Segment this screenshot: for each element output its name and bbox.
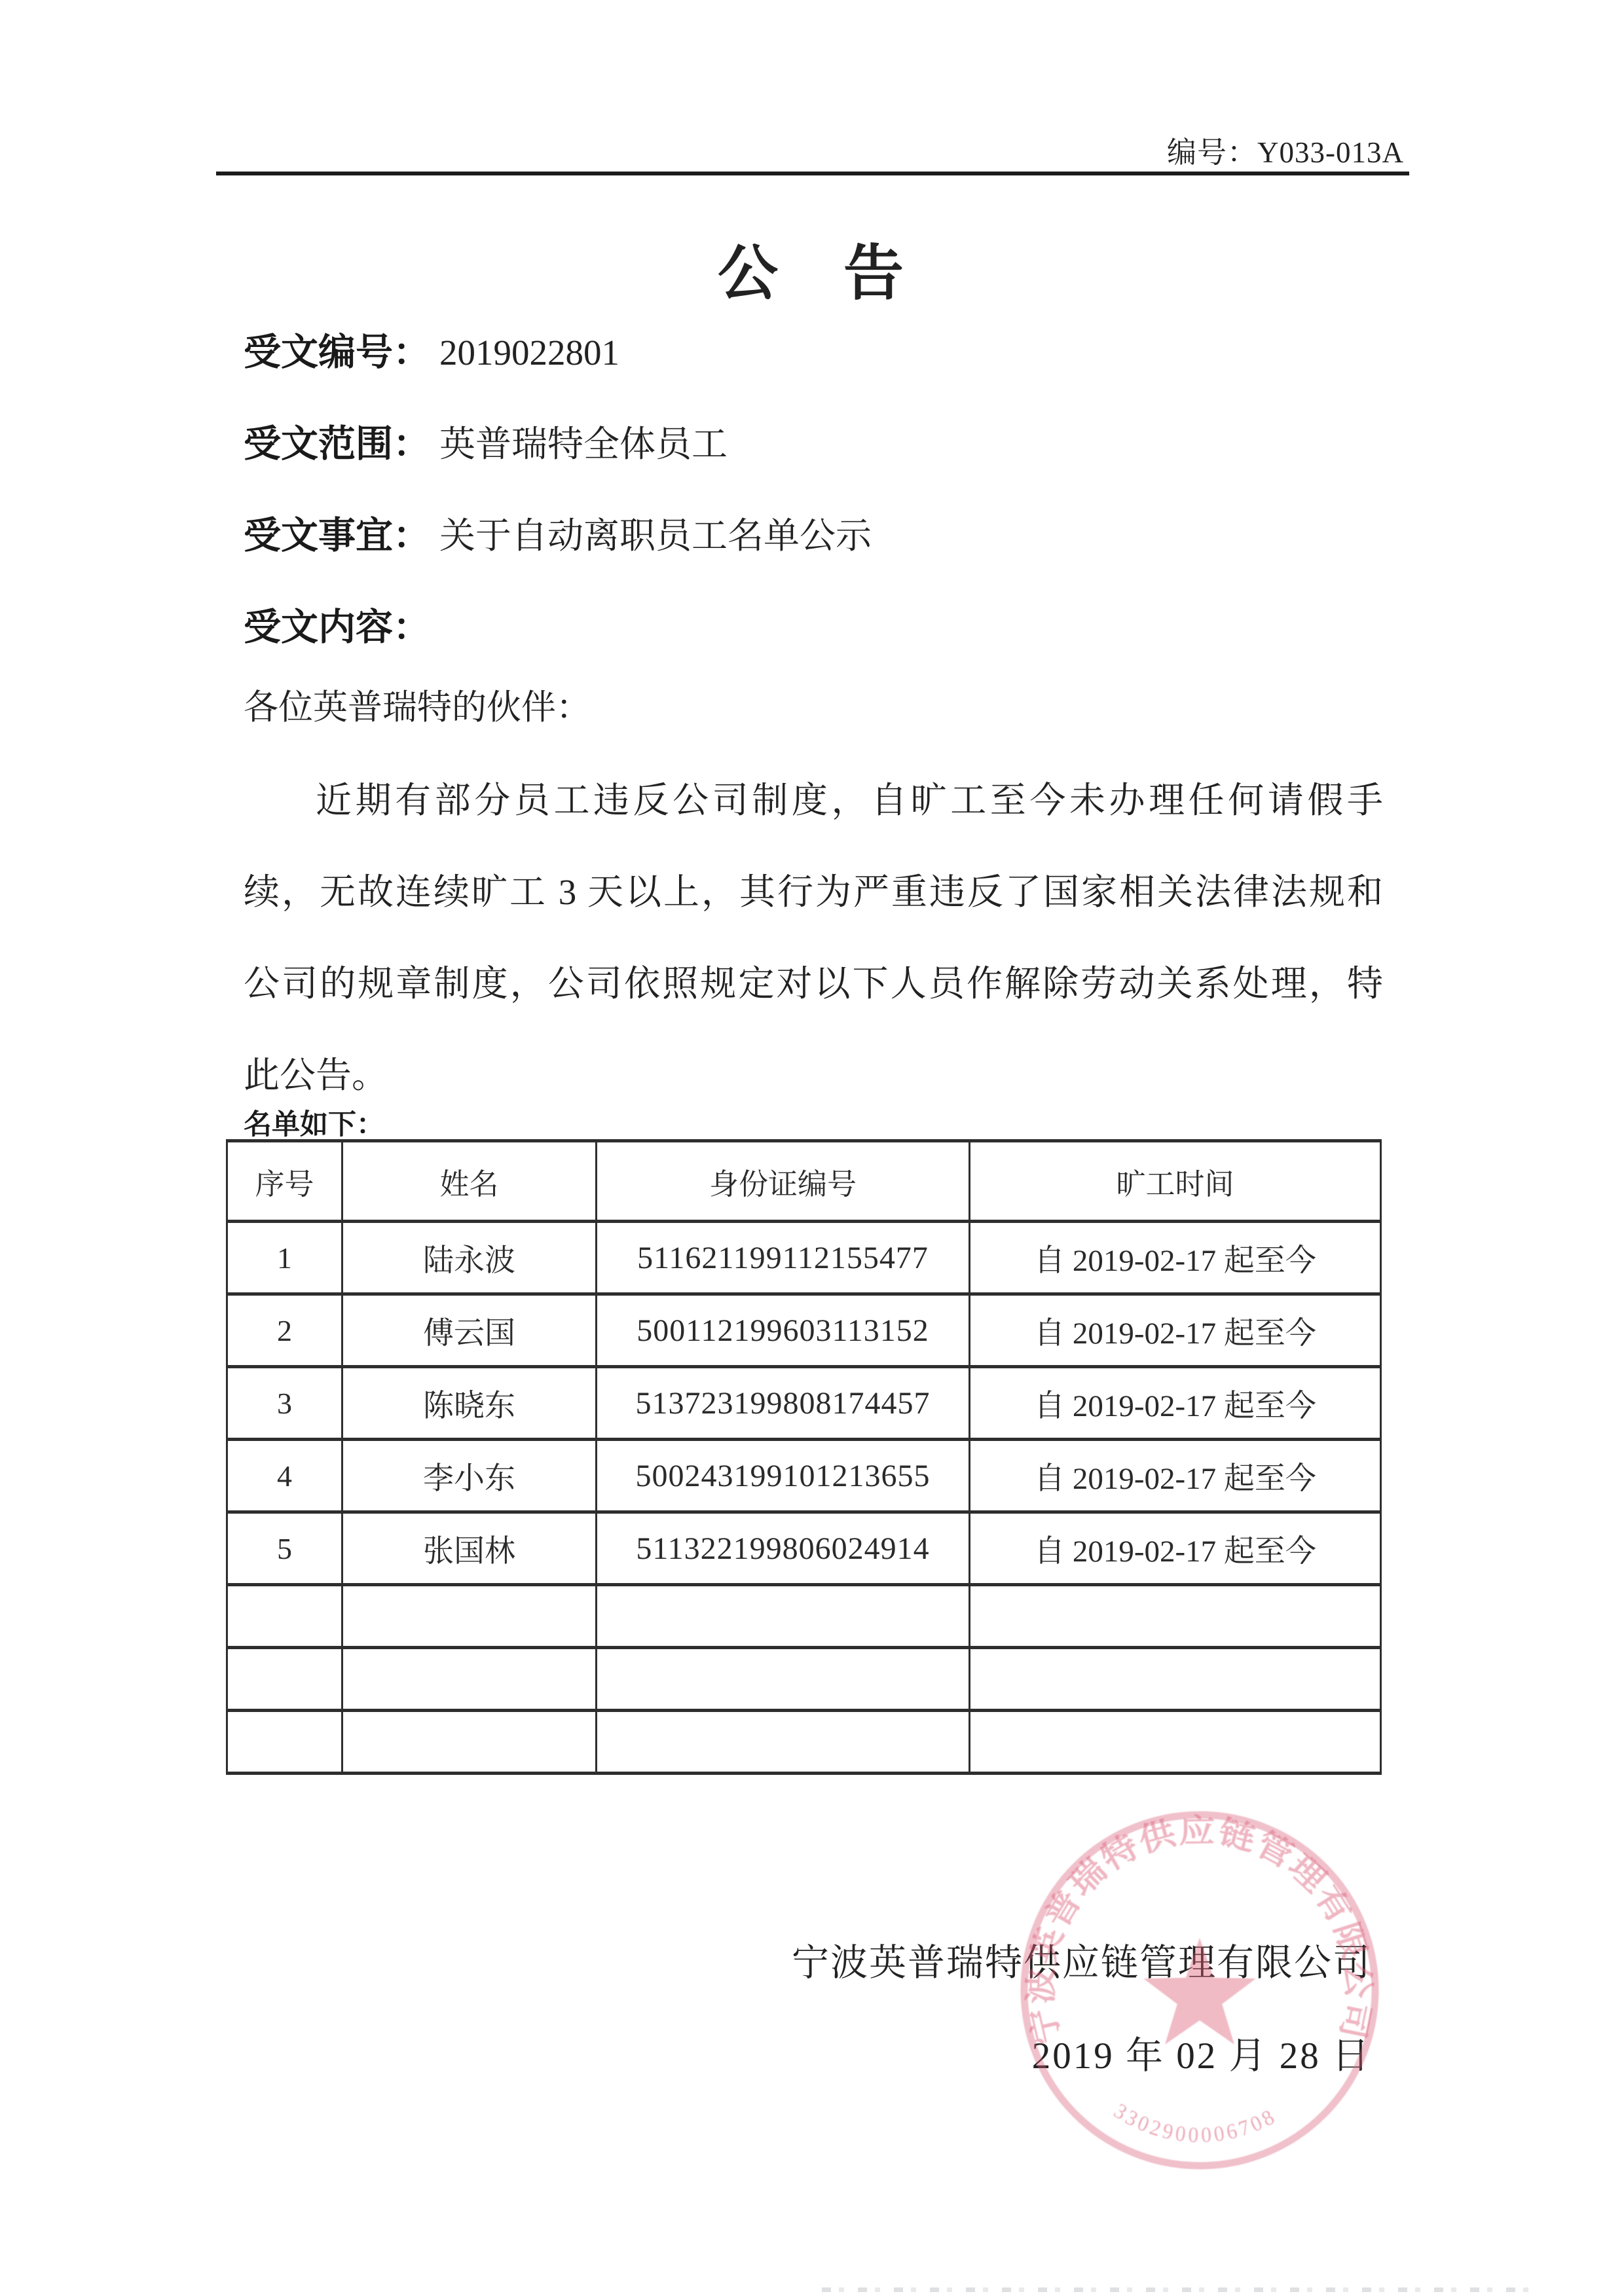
- body-paragraph-line: 续，无故连续旷工 3 天以上，其行为严重违反了国家相关法律法规和: [244, 863, 1383, 915]
- table-cell: 2: [227, 1294, 342, 1367]
- table-cell: 511621199112155477: [597, 1222, 970, 1294]
- roster-table: 序号姓名身份证编号旷工时间 1陆永波511621199112155477自 20…: [226, 1139, 1382, 1775]
- table-cell: 513723199808174457: [597, 1367, 970, 1440]
- table-empty-row: [227, 1711, 1381, 1774]
- table-header-cell: 姓名: [342, 1141, 597, 1222]
- table-row: 4李小东500243199101213655自 2019-02-17 起至今: [227, 1440, 1381, 1512]
- doc-number-line: 编号：Y033-013A: [1167, 128, 1404, 171]
- table-empty-cell: [342, 1711, 597, 1774]
- table-empty-cell: [597, 1585, 970, 1648]
- table-empty-cell: [227, 1585, 342, 1648]
- table-cell: 傅云国: [342, 1294, 597, 1367]
- table-cell: 3: [227, 1367, 342, 1440]
- body-paragraph-line: 公司的规章制度，公司依照规定对以下人员作解除劳动关系处理，特: [244, 955, 1383, 1006]
- table-row: 2傅云国500112199603113152自 2019-02-17 起至今: [227, 1294, 1381, 1367]
- table-empty-row: [227, 1648, 1381, 1711]
- table-empty-cell: [970, 1585, 1381, 1648]
- table-cell: 自 2019-02-17 起至今: [970, 1512, 1381, 1585]
- roster-table-head: 序号姓名身份证编号旷工时间: [227, 1141, 1381, 1222]
- doc-number-label: 编号：: [1167, 136, 1257, 169]
- table-empty-cell: [970, 1711, 1381, 1774]
- seal-star: [1143, 1938, 1255, 2045]
- table-empty-row: [227, 1585, 1381, 1648]
- table-header-cell: 旷工时间: [970, 1141, 1381, 1222]
- table-cell: 5: [227, 1512, 342, 1585]
- body-paragraph-line: 近期有部分员工违反公司制度，自旷工至今未办理任何请假手: [244, 771, 1383, 823]
- body-paragraph-line: 此公告。: [244, 1046, 1383, 1098]
- table-empty-cell: [597, 1648, 970, 1711]
- page-title: 公 告: [0, 225, 1624, 312]
- table-cell: 511322199806024914: [597, 1512, 970, 1585]
- scan-artifact: [822, 2287, 1536, 2292]
- table-cell: 1: [227, 1222, 342, 1294]
- table-row: 1陆永波511621199112155477自 2019-02-17 起至今: [227, 1222, 1381, 1294]
- table-empty-cell: [970, 1648, 1381, 1711]
- field-label: 受文范围：: [244, 424, 430, 465]
- field-value: 英普瑞特全体员工: [439, 424, 728, 464]
- table-cell: 500243199101213655: [597, 1440, 970, 1512]
- roster-table-body: 1陆永波511621199112155477自 2019-02-17 起至今2傅…: [227, 1222, 1381, 1774]
- field-subject: 受文事宜：关于自动离职员工名单公示: [244, 505, 872, 559]
- table-header-cell: 身份证编号: [597, 1141, 970, 1222]
- table-header-cell: 序号: [227, 1141, 342, 1222]
- company-seal: 宁波英普瑞特供应链管理有限公司 3302900006708: [1008, 1799, 1392, 2182]
- field-label: 受文事宜：: [244, 515, 430, 556]
- field-label: 受文内容：: [244, 607, 430, 648]
- table-cell: 自 2019-02-17 起至今: [970, 1440, 1381, 1512]
- field-value: 2019022801: [439, 333, 619, 373]
- field-label: 受文编号：: [244, 332, 430, 373]
- table-empty-cell: [597, 1711, 970, 1774]
- field-scope: 受文范围：英普瑞特全体员工: [244, 414, 728, 467]
- announcement-page: 编号：Y033-013A 公 告 受文编号：2019022801 受文范围：英普…: [0, 0, 1624, 2296]
- doc-number-value: Y033-013A: [1257, 136, 1404, 169]
- table-cell: 李小东: [342, 1440, 597, 1512]
- table-cell: 500112199603113152: [597, 1294, 970, 1367]
- seal-code: 3302900006708: [1109, 2099, 1281, 2147]
- table-row: 3陈晓东513723199808174457自 2019-02-17 起至今: [227, 1367, 1381, 1440]
- table-row: 5张国林511322199806024914自 2019-02-17 起至今: [227, 1512, 1381, 1585]
- table-empty-cell: [227, 1648, 342, 1711]
- salutation: 各位英普瑞特的伙伴：: [244, 680, 591, 729]
- table-cell: 陈晓东: [342, 1367, 597, 1440]
- table-cell: 张国林: [342, 1512, 597, 1585]
- table-cell: 陆永波: [342, 1222, 597, 1294]
- list-intro: 名单如下：: [244, 1102, 384, 1142]
- table-header-row: 序号姓名身份证编号旷工时间: [227, 1141, 1381, 1222]
- table-cell: 4: [227, 1440, 342, 1512]
- field-value: 关于自动离职员工名单公示: [439, 516, 872, 556]
- table-cell: 自 2019-02-17 起至今: [970, 1367, 1381, 1440]
- header-rule: [216, 172, 1409, 175]
- table-cell: 自 2019-02-17 起至今: [970, 1222, 1381, 1294]
- table-empty-cell: [342, 1585, 597, 1648]
- table-cell: 自 2019-02-17 起至今: [970, 1294, 1381, 1367]
- table-empty-cell: [342, 1648, 597, 1711]
- field-content: 受文内容：: [244, 597, 439, 651]
- field-doc-ref: 受文编号：2019022801: [244, 322, 619, 376]
- table-empty-cell: [227, 1711, 342, 1774]
